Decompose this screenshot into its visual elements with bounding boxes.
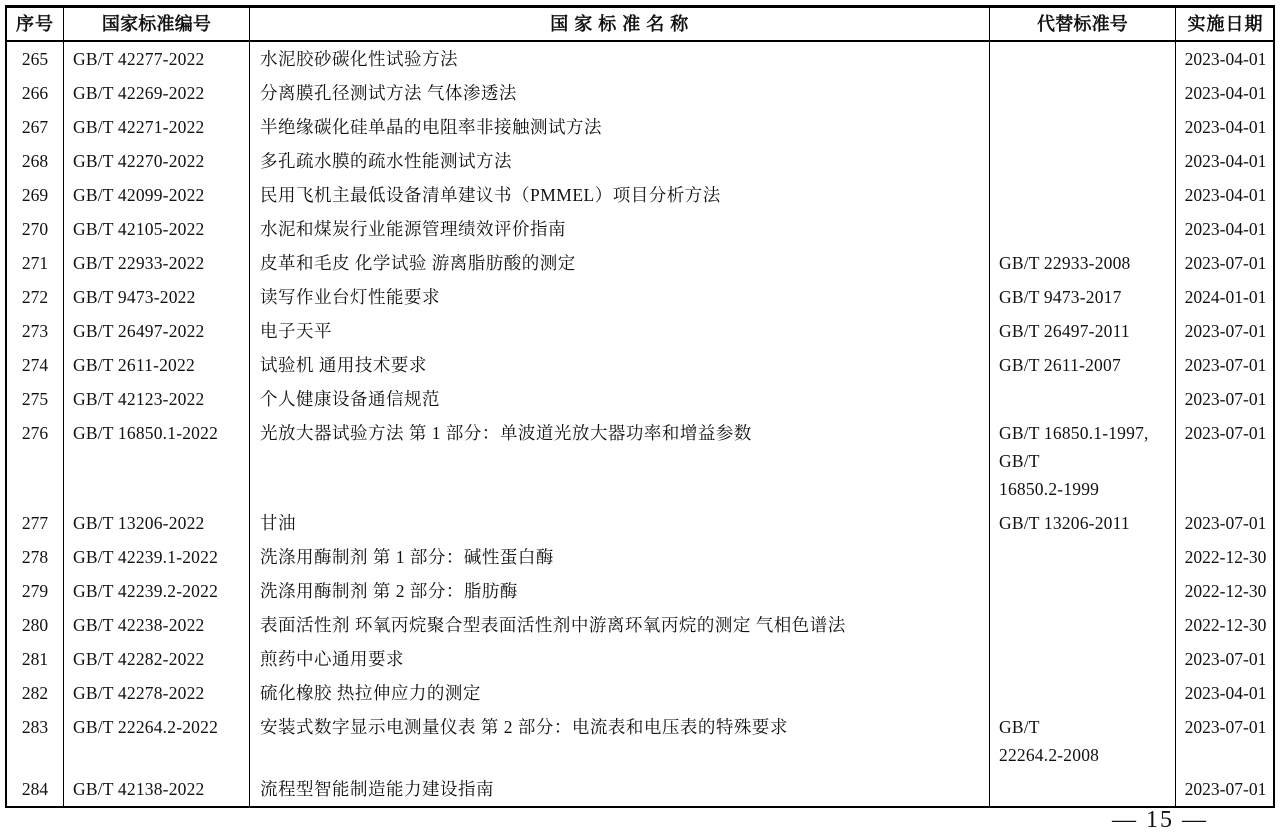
table-row: 274 GB/T 2611-2022 试验机 通用技术要求 GB/T 2611-… xyxy=(7,348,1273,382)
row-code: GB/T 22933-2022 xyxy=(64,246,250,280)
row-replaced: GB/T 22933-2008 xyxy=(990,246,1176,280)
row-replaced xyxy=(990,642,1176,676)
row-name: 甘油 xyxy=(250,506,990,540)
row-replaced xyxy=(990,676,1176,710)
row-name: 读写作业台灯性能要求 xyxy=(250,280,990,314)
row-code: GB/T 42238-2022 xyxy=(64,608,250,642)
row-seq: 280 xyxy=(7,608,64,642)
table-body: 265 GB/T 42277-2022 水泥胶砂碳化性试验方法 2023-04-… xyxy=(7,42,1273,806)
row-name: 安装式数字显示电测量仪表 第 2 部分：电流表和电压表的特殊要求 xyxy=(250,710,990,772)
row-seq: 273 xyxy=(7,314,64,348)
row-replaced xyxy=(990,540,1176,574)
row-name: 煎药中心通用要求 xyxy=(250,642,990,676)
row-replaced xyxy=(990,212,1176,246)
row-seq: 272 xyxy=(7,280,64,314)
row-replaced xyxy=(990,144,1176,178)
row-date: 2023-04-01 xyxy=(1176,76,1275,110)
row-seq: 265 xyxy=(7,42,64,76)
row-seq: 268 xyxy=(7,144,64,178)
table-header-row: 序号 国家标准编号 国 家 标 准 名 称 代替标准号 实施日期 xyxy=(7,8,1273,42)
row-date: 2024-01-01 xyxy=(1176,280,1275,314)
row-date: 2023-07-01 xyxy=(1176,416,1275,506)
header-date: 实施日期 xyxy=(1176,8,1275,40)
row-date: 2023-04-01 xyxy=(1176,212,1275,246)
row-replaced: GB/T 16850.1-1997, GB/T 16850.2-1999 xyxy=(990,416,1176,506)
row-date: 2022-12-30 xyxy=(1176,574,1275,608)
row-seq: 269 xyxy=(7,178,64,212)
row-code: GB/T 2611-2022 xyxy=(64,348,250,382)
header-name: 国 家 标 准 名 称 xyxy=(250,8,990,40)
document-page: 序号 国家标准编号 国 家 标 准 名 称 代替标准号 实施日期 265 GB/… xyxy=(0,0,1280,840)
row-replaced: GB/T 13206-2011 xyxy=(990,506,1176,540)
row-replaced xyxy=(990,76,1176,110)
row-replaced xyxy=(990,110,1176,144)
row-date: 2023-04-01 xyxy=(1176,110,1275,144)
page-footer: — 15 — xyxy=(1112,804,1208,836)
row-code: GB/T 22264.2-2022 xyxy=(64,710,250,772)
table-row: 266 GB/T 42269-2022 分离膜孔径测试方法 气体渗透法 2023… xyxy=(7,76,1273,110)
row-replaced: GB/T 2611-2007 xyxy=(990,348,1176,382)
row-date: 2023-07-01 xyxy=(1176,314,1275,348)
table-row: 281 GB/T 42282-2022 煎药中心通用要求 2023-07-01 xyxy=(7,642,1273,676)
row-replaced: GB/T 9473-2017 xyxy=(990,280,1176,314)
row-name: 半绝缘碳化硅单晶的电阻率非接触测试方法 xyxy=(250,110,990,144)
row-seq: 282 xyxy=(7,676,64,710)
row-code: GB/T 42105-2022 xyxy=(64,212,250,246)
row-name: 水泥胶砂碳化性试验方法 xyxy=(250,42,990,76)
row-code: GB/T 42271-2022 xyxy=(64,110,250,144)
row-code: GB/T 42138-2022 xyxy=(64,772,250,806)
header-replaced: 代替标准号 xyxy=(990,8,1176,40)
row-date: 2023-07-01 xyxy=(1176,642,1275,676)
table-row: 278 GB/T 42239.1-2022 洗涤用酶制剂 第 1 部分：碱性蛋白… xyxy=(7,540,1273,574)
row-replaced xyxy=(990,178,1176,212)
row-seq: 283 xyxy=(7,710,64,772)
table-row: 270 GB/T 42105-2022 水泥和煤炭行业能源管理绩效评价指南 20… xyxy=(7,212,1273,246)
row-name: 个人健康设备通信规范 xyxy=(250,382,990,416)
row-seq: 279 xyxy=(7,574,64,608)
table-row: 269 GB/T 42099-2022 民用飞机主最低设备清单建议书（PMMEL… xyxy=(7,178,1273,212)
row-replaced xyxy=(990,382,1176,416)
row-date: 2023-07-01 xyxy=(1176,710,1275,772)
row-replaced: GB/T 26497-2011 xyxy=(990,314,1176,348)
row-code: GB/T 42239.1-2022 xyxy=(64,540,250,574)
row-name: 皮革和毛皮 化学试验 游离脂肪酸的测定 xyxy=(250,246,990,280)
table-row: 280 GB/T 42238-2022 表面活性剂 环氧丙烷聚合型表面活性剂中游… xyxy=(7,608,1273,642)
row-replaced xyxy=(990,42,1176,76)
row-seq: 277 xyxy=(7,506,64,540)
row-code: GB/T 42269-2022 xyxy=(64,76,250,110)
row-date: 2023-04-01 xyxy=(1176,42,1275,76)
row-seq: 281 xyxy=(7,642,64,676)
row-code: GB/T 42099-2022 xyxy=(64,178,250,212)
row-seq: 266 xyxy=(7,76,64,110)
row-date: 2023-07-01 xyxy=(1176,382,1275,416)
row-date: 2023-04-01 xyxy=(1176,144,1275,178)
table-row: 265 GB/T 42277-2022 水泥胶砂碳化性试验方法 2023-04-… xyxy=(7,42,1273,76)
table-row: 268 GB/T 42270-2022 多孔疏水膜的疏水性能测试方法 2023-… xyxy=(7,144,1273,178)
row-date: 2023-04-01 xyxy=(1176,676,1275,710)
table-row: 275 GB/T 42123-2022 个人健康设备通信规范 2023-07-0… xyxy=(7,382,1273,416)
row-seq: 276 xyxy=(7,416,64,506)
row-seq: 270 xyxy=(7,212,64,246)
table-row: 284 GB/T 42138-2022 流程型智能制造能力建设指南 2023-0… xyxy=(7,772,1273,806)
row-seq: 278 xyxy=(7,540,64,574)
row-date: 2022-12-30 xyxy=(1176,608,1275,642)
row-code: GB/T 13206-2022 xyxy=(64,506,250,540)
row-name: 硫化橡胶 热拉伸应力的测定 xyxy=(250,676,990,710)
table-row: 277 GB/T 13206-2022 甘油 GB/T 13206-2011 2… xyxy=(7,506,1273,540)
row-date: 2023-07-01 xyxy=(1176,772,1275,806)
row-date: 2023-04-01 xyxy=(1176,178,1275,212)
row-seq: 274 xyxy=(7,348,64,382)
table-row: 276 GB/T 16850.1-2022 光放大器试验方法 第 1 部分：单波… xyxy=(7,416,1273,506)
row-name: 多孔疏水膜的疏水性能测试方法 xyxy=(250,144,990,178)
row-name: 洗涤用酶制剂 第 1 部分：碱性蛋白酶 xyxy=(250,540,990,574)
table-row: 283 GB/T 22264.2-2022 安装式数字显示电测量仪表 第 2 部… xyxy=(7,710,1273,772)
row-replaced xyxy=(990,772,1176,806)
row-code: GB/T 42239.2-2022 xyxy=(64,574,250,608)
row-replaced: GB/T 22264.2-2008 xyxy=(990,710,1176,772)
header-seq: 序号 xyxy=(7,8,64,40)
row-replaced xyxy=(990,608,1176,642)
table-row: 273 GB/T 26497-2022 电子天平 GB/T 26497-2011… xyxy=(7,314,1273,348)
row-name: 洗涤用酶制剂 第 2 部分：脂肪酶 xyxy=(250,574,990,608)
row-name: 流程型智能制造能力建设指南 xyxy=(250,772,990,806)
row-seq: 284 xyxy=(7,772,64,806)
row-name: 光放大器试验方法 第 1 部分：单波道光放大器功率和增益参数 xyxy=(250,416,990,506)
row-seq: 267 xyxy=(7,110,64,144)
row-date: 2023-07-01 xyxy=(1176,246,1275,280)
page-number: — 15 — xyxy=(1112,807,1208,833)
row-name: 试验机 通用技术要求 xyxy=(250,348,990,382)
row-name: 表面活性剂 环氧丙烷聚合型表面活性剂中游离环氧丙烷的测定 气相色谱法 xyxy=(250,608,990,642)
standards-table: 序号 国家标准编号 国 家 标 准 名 称 代替标准号 实施日期 265 GB/… xyxy=(5,5,1275,808)
row-name: 水泥和煤炭行业能源管理绩效评价指南 xyxy=(250,212,990,246)
row-name: 分离膜孔径测试方法 气体渗透法 xyxy=(250,76,990,110)
table-row: 282 GB/T 42278-2022 硫化橡胶 热拉伸应力的测定 2023-0… xyxy=(7,676,1273,710)
row-seq: 275 xyxy=(7,382,64,416)
table-row: 267 GB/T 42271-2022 半绝缘碳化硅单晶的电阻率非接触测试方法 … xyxy=(7,110,1273,144)
table-row: 279 GB/T 42239.2-2022 洗涤用酶制剂 第 2 部分：脂肪酶 … xyxy=(7,574,1273,608)
row-code: GB/T 42270-2022 xyxy=(64,144,250,178)
header-code: 国家标准编号 xyxy=(64,8,250,40)
row-code: GB/T 42123-2022 xyxy=(64,382,250,416)
row-date: 2023-07-01 xyxy=(1176,348,1275,382)
row-date: 2022-12-30 xyxy=(1176,540,1275,574)
row-code: GB/T 16850.1-2022 xyxy=(64,416,250,506)
row-name: 民用飞机主最低设备清单建议书（PMMEL）项目分析方法 xyxy=(250,178,990,212)
row-code: GB/T 42282-2022 xyxy=(64,642,250,676)
row-date: 2023-07-01 xyxy=(1176,506,1275,540)
row-code: GB/T 42277-2022 xyxy=(64,42,250,76)
row-code: GB/T 9473-2022 xyxy=(64,280,250,314)
table-row: 271 GB/T 22933-2022 皮革和毛皮 化学试验 游离脂肪酸的测定 … xyxy=(7,246,1273,280)
table-row: 272 GB/T 9473-2022 读写作业台灯性能要求 GB/T 9473-… xyxy=(7,280,1273,314)
row-replaced xyxy=(990,574,1176,608)
row-code: GB/T 26497-2022 xyxy=(64,314,250,348)
row-code: GB/T 42278-2022 xyxy=(64,676,250,710)
row-seq: 271 xyxy=(7,246,64,280)
row-name: 电子天平 xyxy=(250,314,990,348)
